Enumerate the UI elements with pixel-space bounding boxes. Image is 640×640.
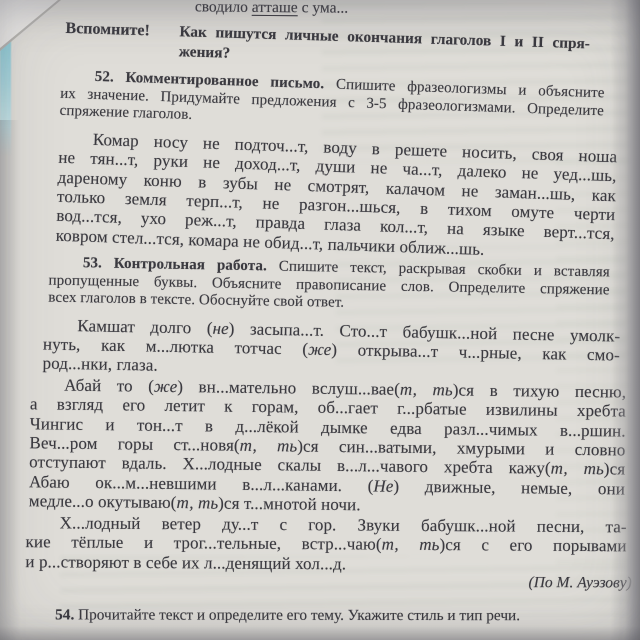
exercise-53-text-paragraph-3: Х...лодный ветер ду...т с гор. Звуки баб… bbox=[25, 513, 626, 575]
remember-box: Вспомните! Как пишутся личные окончания … bbox=[65, 19, 591, 74]
textbook-page: сводило атташе с ума... Вспомните! Как п… bbox=[0, 0, 640, 640]
text-line: 54. Прочитайте текст и определите его те… bbox=[33, 606, 629, 625]
photo-scene: сводило атташе с ума... Вспомните! Как п… bbox=[0, 0, 640, 640]
exercise-53-text-paragraph-1: Камшат долго (не) засыпа...т. Сто...т ба… bbox=[42, 315, 620, 384]
page-bottom-shadow bbox=[0, 626, 640, 640]
previous-exercise-fragment: сводило атташе с ума... bbox=[195, 0, 624, 19]
exercise-52-phraseologisms: Комар носу не подточ...т, воду в решете … bbox=[55, 129, 617, 264]
exercise-53-text-paragraph-2: Абай то (же) вн...мательно вслуш...вае(т… bbox=[29, 375, 627, 518]
remember-question: Как пишутся личные окончания глаголов I … bbox=[179, 22, 591, 73]
remember-label: Вспомните! bbox=[65, 19, 168, 61]
book-right-edge bbox=[610, 0, 640, 640]
text-attribution: (По М. Ауэзову) bbox=[33, 571, 632, 592]
exercise-52-instructions: 52. Комментированное письмо. Спишите фра… bbox=[59, 68, 604, 138]
exercise-54-instructions: 54. Прочитайте текст и определите его те… bbox=[33, 606, 629, 625]
page-text-column: сводило атташе с ума... Вспомните! Как п… bbox=[32, 0, 624, 636]
exercise-53-instructions: 53. Контрольная работа. Спишите текст, р… bbox=[49, 254, 611, 317]
page-left-shadow bbox=[0, 120, 20, 640]
